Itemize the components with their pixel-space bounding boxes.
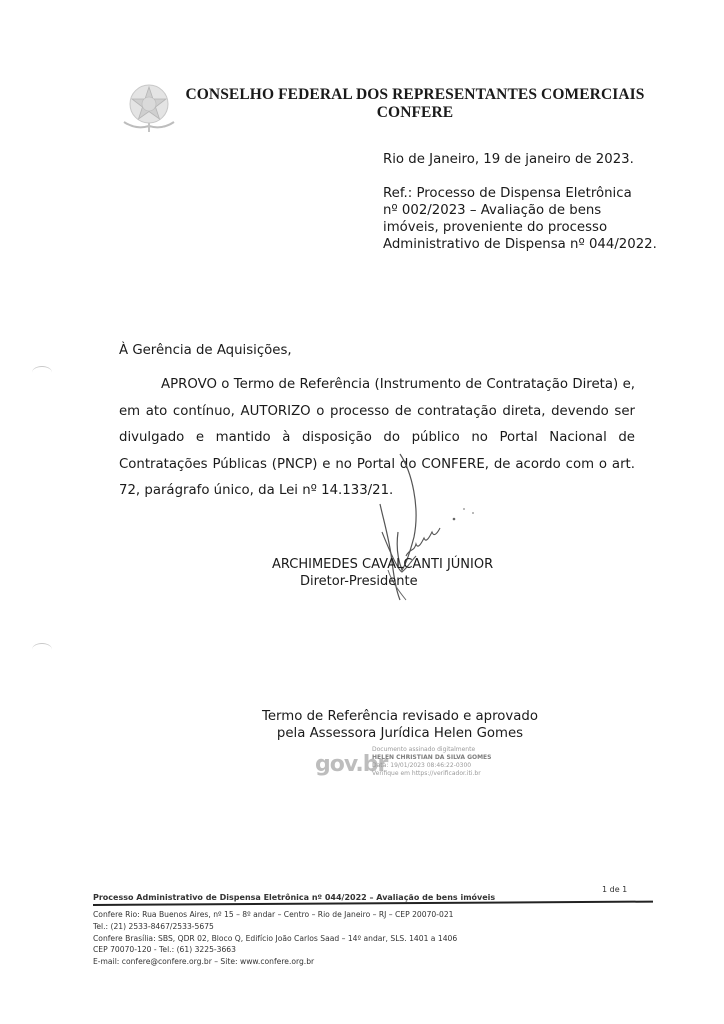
organization-name-line1: CONSELHO FEDERAL DOS REPRESENTANTES COME…	[180, 86, 650, 104]
signer-name: ARCHIMEDES CAVALCANTI JÚNIOR	[272, 557, 493, 572]
ink-dots	[448, 505, 478, 525]
organization-name-line2: CONFERE	[180, 104, 650, 122]
stamp-date: Data: 19/01/2023 08:46:22-0300	[372, 762, 491, 770]
review-note-line2: pela Assessora Jurídica Helen Gomes	[250, 725, 550, 742]
footer-title: Processo Administrativo de Dispensa Elet…	[93, 893, 495, 902]
signer-role: Diretor-Presidente	[300, 574, 418, 589]
salutation: À Gerência de Aquisições,	[119, 343, 292, 358]
reference-line: Administrativo de Dispensa nº 044/2022.	[383, 236, 703, 253]
digital-signature-stamp: Documento assinado digitalmente HELEN CH…	[372, 746, 491, 778]
coat-of-arms-icon	[118, 78, 180, 134]
review-note: Termo de Referência revisado e aprovado …	[250, 708, 550, 742]
reference-line: nº 002/2023 – Avaliação de bens	[383, 202, 703, 219]
footer-address-line: Tel.: (21) 2533-8467/2533-5675	[93, 921, 457, 933]
reference-block: Ref.: Processo de Dispensa Eletrônica nº…	[383, 185, 703, 253]
footer-address: Confere Rio: Rua Buenos Aires, nº 15 – 8…	[93, 909, 457, 968]
stamp-verify-link[interactable]: Verifique em https://verificador.iti.br	[372, 770, 491, 778]
footer-address-line: CEP 70070-120 - Tel.: (61) 3225-3663	[93, 944, 457, 956]
footer-address-line[interactable]: E-mail: confere@confere.org.br – Site: w…	[93, 956, 457, 968]
review-note-line1: Termo de Referência revisado e aprovado	[250, 708, 550, 725]
page-number: 1 de 1	[602, 885, 627, 894]
punch-hole-mark	[32, 643, 52, 656]
stamp-caption: Documento assinado digitalmente	[372, 746, 491, 754]
punch-hole-mark	[32, 366, 52, 379]
reference-line: Ref.: Processo de Dispensa Eletrônica	[383, 185, 703, 202]
reference-line: imóveis, proveniente do processo	[383, 219, 703, 236]
organization-name: CONSELHO FEDERAL DOS REPRESENTANTES COME…	[180, 86, 650, 122]
stamp-signer: HELEN CHRISTIAN DA SILVA GOMES	[372, 754, 491, 762]
footer-address-line: Confere Brasília: SBS, QDR 02, Bloco Q, …	[93, 933, 457, 945]
date-line: Rio de Janeiro, 19 de janeiro de 2023.	[383, 152, 634, 167]
footer-address-line: Confere Rio: Rua Buenos Aires, nº 15 – 8…	[93, 909, 457, 921]
